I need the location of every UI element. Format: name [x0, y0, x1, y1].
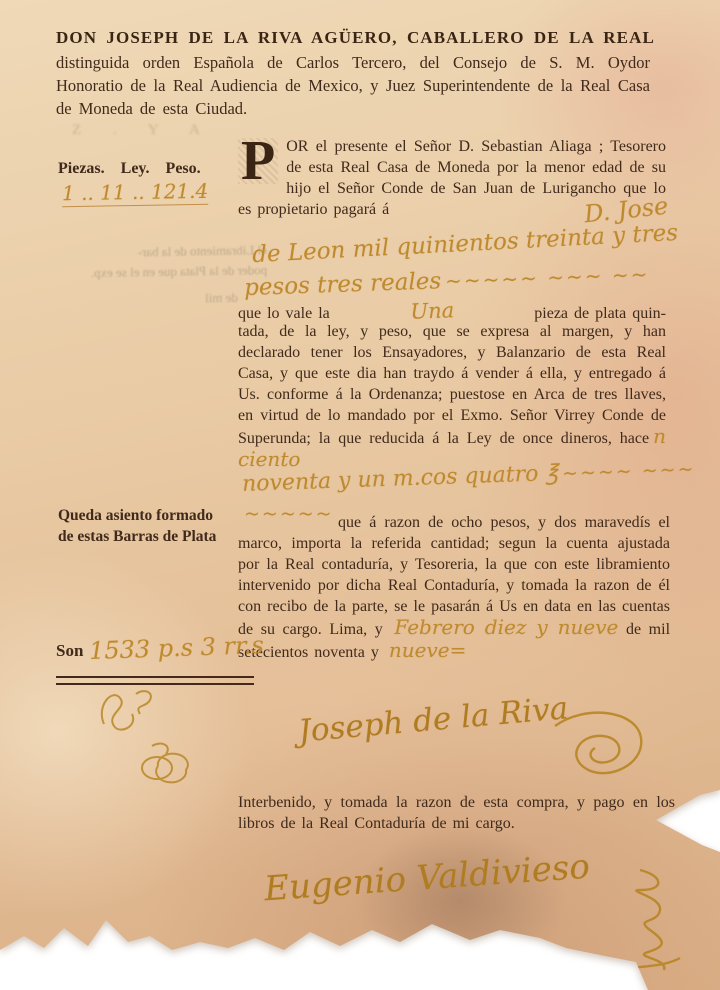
signature-flourish-swirl — [545, 708, 655, 794]
handwritten-total-value: 1533 p.s 3 rr.s — [89, 631, 265, 665]
note-line: de estas Barras de Plata — [58, 527, 244, 548]
total-row: Son 1533 p.s 3 rr.s — [56, 634, 264, 662]
paper-shadow: DON JOSEPH DE LA RIVA AGÜERO, CABALLERO … — [0, 0, 720, 990]
bleedthrough-text-top: Z . Y A — [72, 122, 214, 139]
drop-cap: P — [238, 138, 278, 184]
printed-text: tada, de la ley, y peso, que se expresa … — [238, 323, 666, 447]
aged-paper-sheet: DON JOSEPH DE LA RIVA AGÜERO, CABALLERO … — [0, 0, 720, 990]
scanned-document-page: DON JOSEPH DE LA RIVA AGÜERO, CABALLERO … — [0, 0, 720, 990]
bleedthrough-text-left: el Libramiento de la bar- poder de la Pl… — [52, 240, 268, 283]
handwritten-text: pesos tres reales — [244, 268, 442, 301]
rubric-mark-loops — [122, 740, 200, 788]
paragraph-attestation: Interbenido, y tomada la razon de esta c… — [238, 792, 675, 834]
pen-flourish: ~~~~~ ~~~ ~~ — [445, 262, 650, 293]
margin-asiento-note: Queda asiento formado de estas Barras de… — [58, 506, 244, 548]
bleedthrough-line: poder de la Plata que en el se exp. — [52, 260, 267, 283]
handwritten-amount-line2: pesos tres reales ~~~~~ ~~~ ~~ — [244, 261, 650, 301]
margin-columns-values: 1 .. 11 .. 121.4 — [62, 179, 209, 208]
pen-flourish: ~~~~ ~~~ — [562, 458, 696, 485]
paragraph-body: tada, de la ley, y peso, que se expresa … — [238, 321, 666, 472]
line-vale: que lo vale la Una pieza de plata quin- — [238, 299, 666, 323]
handwritten-month-day: Febrero diez y nueve — [394, 615, 618, 639]
total-label: Son — [56, 641, 83, 661]
bleedthrough-text-small: de mil — [205, 288, 238, 308]
signature-flourish-vertical — [598, 866, 686, 984]
margin-columns-label: Piezas. Ley. Peso. — [58, 160, 201, 178]
signature-eugenio-valdivieso: Eugenio Valdivieso — [263, 847, 591, 910]
letterhead-subtitle: distinguida orden Española de Carlos Ter… — [56, 52, 650, 120]
rubric-mark-small — [92, 684, 172, 742]
handwritten-year: nueve= — [389, 638, 467, 662]
signature-joseph-de-la-riva: Joseph de la Riva — [297, 690, 570, 749]
note-line: Queda asiento formado — [58, 506, 244, 527]
handwritten-amount-line1: de Leon mil quinientos treinta y tres — [252, 220, 679, 268]
paragraph-settlement: que á razon de ocho pesos, y dos maraved… — [238, 512, 670, 663]
letterhead-title: DON JOSEPH DE LA RIVA AGÜERO, CABALLERO … — [56, 28, 650, 48]
letterhead: DON JOSEPH DE LA RIVA AGÜERO, CABALLERO … — [56, 28, 650, 120]
